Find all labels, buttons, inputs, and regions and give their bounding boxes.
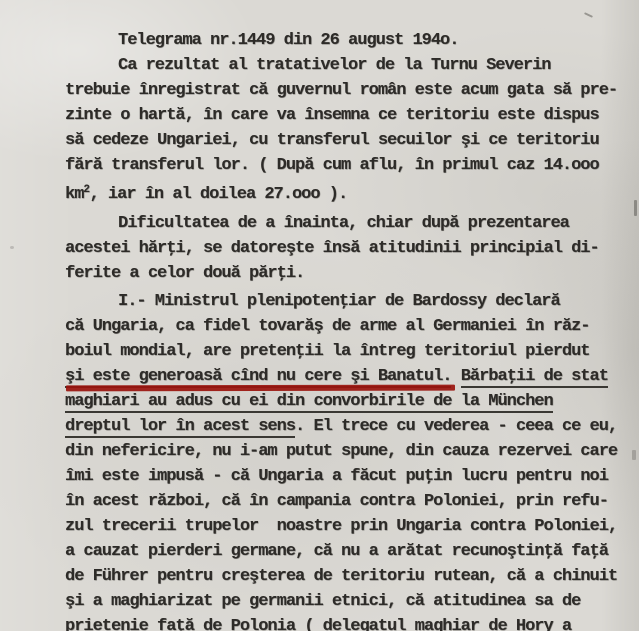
text-segment: îmi este impusă - că Ungaria a făcut puţ…: [65, 467, 608, 486]
text-segment: şi a maghiarizat pe germanii etnici, că …: [65, 592, 580, 611]
text-segment: [451, 367, 460, 386]
text-line: să cedeze Ungariei, cu transferul secuil…: [65, 128, 625, 153]
text-line: km2, iar în al doilea 27.ooo ).: [65, 178, 625, 203]
text-line: şi este generoasă cînd nu cere şi Banatu…: [65, 364, 625, 389]
text-segment: , iar în al doilea 27.ooo ).: [90, 185, 348, 204]
scanned-paper-page: Telegrama nr.1449 din 26 august 194o.Ca …: [0, 0, 639, 631]
text-segment: km: [65, 185, 83, 204]
paragraph-2: Dificultatea de a înainta, chiar după pr…: [65, 211, 625, 286]
text-segment: Ca rezultat al tratativelor de la Turnu …: [118, 56, 550, 75]
paragraph-1: Telegrama nr.1449 din 26 august 194o.Ca …: [65, 28, 625, 203]
text-segment: fără transferul lor. ( După cum aflu, în…: [65, 156, 599, 175]
text-segment: trebuie înregistrat că guvernul român es…: [65, 81, 617, 100]
text-segment: în acest război, că în campania contra P…: [65, 492, 608, 511]
text-line: şi a maghiarizat pe germanii etnici, că …: [65, 589, 625, 614]
text-line: Dificultatea de a înainta, chiar după pr…: [65, 211, 625, 236]
text-line: ferite a celor două părţi.: [65, 261, 625, 286]
document-body: Telegrama nr.1449 din 26 august 194o.Ca …: [65, 28, 625, 631]
scan-artifact: [632, 450, 636, 460]
text-line: zinte o hartă, în care va însemna ce ter…: [65, 103, 625, 128]
text-segment: zul trecerii trupelor noastre prin Ungar…: [65, 517, 617, 536]
text-line: îmi este impusă - că Ungaria a făcut puţ…: [65, 464, 625, 489]
text-segment: zinte o hartă, în care va însemna ce ter…: [65, 106, 599, 125]
text-line: a cauzat pierderi germane, că nu a arăta…: [65, 539, 625, 564]
text-line: Ca rezultat al tratativelor de la Turnu …: [65, 53, 625, 78]
text-segment: din nefericire, nu i-am putut spune, din…: [65, 442, 617, 461]
text-segment: boiul mondial, are pretenţii la întreg t…: [65, 342, 590, 361]
text-segment: acestei hărţi, se datoreşte însă atitudi…: [65, 239, 599, 258]
text-segment: a cauzat pierderi germane, că nu a arăta…: [65, 542, 608, 561]
underlined-text: Bărbaţii de stat: [461, 367, 608, 388]
text-segment: Dificultatea de a înainta, chiar după pr…: [118, 214, 569, 233]
text-line: că Ungaria, ca fidel tovarăş de arme al …: [65, 314, 625, 339]
text-line: maghiari au adus cu ei din convorbirile …: [65, 389, 625, 414]
red-underlined-text: şi este generoasă cînd nu cere şi Banatu…: [65, 367, 451, 388]
underlined-text: maghiari au adus cu ei din convorbirile …: [65, 392, 553, 413]
text-segment: . El trece cu vederea - ceea ce eu,: [295, 417, 617, 436]
scan-artifact: [10, 246, 14, 249]
text-line: Telegrama nr.1449 din 26 august 194o.: [65, 28, 625, 53]
text-line: din nefericire, nu i-am putut spune, din…: [65, 439, 625, 464]
text-line: de Führer pentru creşterea de teritoriu …: [65, 564, 625, 589]
text-segment: Telegrama nr.1449 din 26 august 194o.: [118, 31, 458, 50]
text-line: I.- Ministrul plenipotenţiar de Bardossy…: [65, 289, 625, 314]
text-line: boiul mondial, are pretenţii la întreg t…: [65, 339, 625, 364]
text-segment: că Ungaria, ca fidel tovarăş de arme al …: [65, 317, 590, 336]
text-line: zul trecerii trupelor noastre prin Ungar…: [65, 514, 625, 539]
text-segment: I.- Ministrul plenipotenţiar de Bardossy…: [118, 292, 560, 311]
text-segment: să cedeze Ungariei, cu transferul secuil…: [65, 131, 599, 150]
text-line: prietenie faţă de Polonia ( delegatul ma…: [65, 614, 625, 631]
text-line: acestei hărţi, se datoreşte însă atitudi…: [65, 236, 625, 261]
text-line: în acest război, că în campania contra P…: [65, 489, 625, 514]
text-segment: prietenie faţă de Polonia ( delegatul ma…: [65, 617, 571, 631]
text-line: fără transferul lor. ( După cum aflu, în…: [65, 153, 625, 178]
text-line: dreptul lor în acest sens. El trece cu v…: [65, 414, 625, 439]
scan-artifact: [584, 12, 593, 18]
text-segment: ferite a celor două părţi.: [65, 264, 304, 283]
scan-artifact: [634, 200, 637, 216]
text-segment: de Führer pentru creşterea de teritoriu …: [65, 567, 617, 586]
paragraph-3: I.- Ministrul plenipotenţiar de Bardossy…: [65, 289, 625, 631]
underlined-text: dreptul lor în acest sens: [65, 417, 295, 438]
text-line: trebuie înregistrat că guvernul român es…: [65, 78, 625, 103]
